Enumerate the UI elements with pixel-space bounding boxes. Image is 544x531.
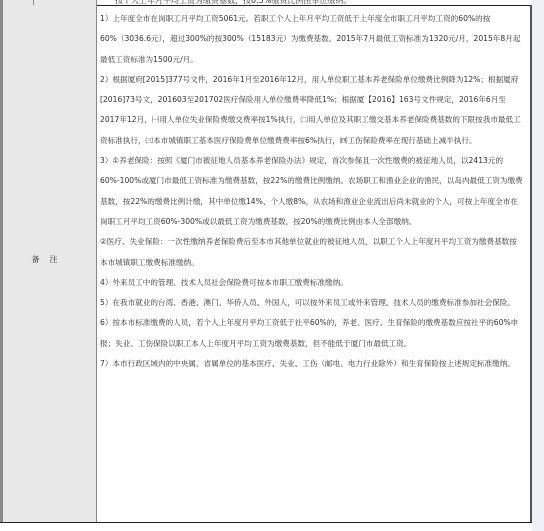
remarks-label: 备注 [32, 254, 68, 265]
remark-paragraph-2: 2）根据厦府[2015]377号文件，2016年1月至2016年12月，用人单位… [100, 70, 524, 151]
remark-paragraph-5: 5）在我市就业的台湾、香港、澳门、华侨人员、外国人，可以按外来员工或外来管理、技… [100, 293, 524, 313]
remark-paragraph-3: 3）①养老保险：按照《厦门市被征地人员基本养老保险办法》规定，首次参保且一次性缴… [100, 151, 524, 232]
table-row-remarks: 备注 1）上年度全市在岗职工月平均工资5061元。若职工个人上年月平均工资低于上… [0, 5, 532, 523]
remarks-label-cell: 备注 [0, 5, 97, 522]
remark-paragraph-6: 6）按本市标准缴费的人员，若个人上年度月平均工资低于社平60%的，养老、医疗、生… [100, 313, 524, 354]
remark-paragraph-4: 4）外来员工中的管理、技术人员社会保险费可按本市职工缴费标准缴纳。 [100, 273, 524, 293]
remark-paragraph-7: 7）本市行政区域内的中央属、省属单位的基本医疗、失业、工伤（邮电、电力行业除外）… [100, 354, 524, 374]
remark-paragraph-3b: ②医疗、失业保险：一次性缴纳养老保险费后至本市其他单位就业的被征地人员，以职工个… [100, 232, 524, 273]
document-page: 按个人上年月平均工资为缴费基数，按0.5%缴费比例由单位缴纳。 备注 1）上年度… [0, 0, 532, 531]
remarks-content-cell: 1）上年度全市在岗职工月平均工资5061元。若职工个人上年月平均工资低于上年度全… [97, 5, 532, 522]
page-background-strip [532, 0, 544, 531]
remark-paragraph-1: 1）上年度全市在岗职工月平均工资5061元。若职工个人上年月平均工资低于上年度全… [100, 9, 524, 70]
